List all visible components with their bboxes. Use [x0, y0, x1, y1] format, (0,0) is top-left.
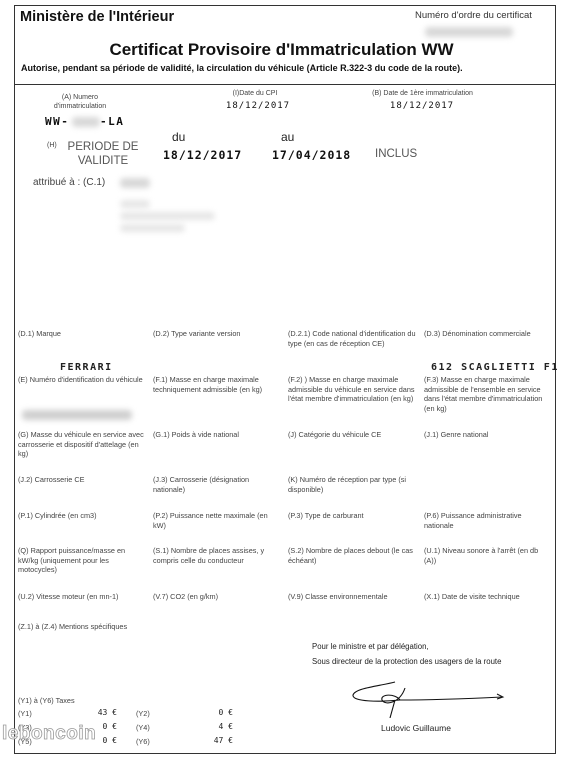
vin-redacted [22, 410, 132, 420]
field-p2-label: (P.2) Puissance nette maximale (en kW) [153, 511, 281, 530]
plate-label-line2: d'immatriculation [40, 102, 120, 111]
cpi-date-value: 18/12/2017 [208, 101, 308, 111]
validity-from-value: 18/12/2017 [163, 148, 242, 162]
commercial-name-value: 612 SCAGLIETTI F1 [431, 362, 559, 373]
field-s2-label: (S.2) Nombre de places debout (le cas éc… [288, 546, 423, 565]
holder-address-redacted-2 [120, 212, 215, 220]
holder-label: attribué à : (C.1) [33, 177, 105, 188]
field-j1-label: (J.1) Genre national [424, 430, 552, 440]
field-p3-label: (P.3) Type de carburant [288, 511, 423, 521]
field-s1-label: (S.1) Nombre de places assises, y compri… [153, 546, 281, 565]
field-v7-label: (V.7) CO2 (en g/km) [153, 592, 281, 602]
plate-label: (A) Numero d'immatriculation [40, 93, 120, 111]
taxes-title: (Y1) à (Y6) Taxes [18, 696, 75, 705]
document-title: Certificat Provisoire d'Immatriculation … [0, 40, 563, 60]
field-d1-label: (D.1) Marque [18, 329, 146, 339]
tax-y6-value: 47 € [193, 736, 233, 745]
validity-label-line1: PERIODE DE [63, 140, 143, 154]
first-registration-value: 18/12/2017 [372, 101, 472, 111]
field-j-label: (J) Catégorie du véhicule CE [288, 430, 423, 440]
holder-address-redacted-3 [120, 224, 185, 232]
field-u2-label: (U.2) Vitesse moteur (en mn-1) [18, 592, 146, 602]
validity-inclusive: INCLUS [375, 148, 417, 160]
field-d2-label: (D.2) Type variante version [153, 329, 281, 339]
field-g1-label: (G.1) Poids à vide national [153, 430, 281, 440]
field-u1-label: (U.1) Niveau sonore à l'arrêt (en db (A)… [424, 546, 552, 565]
tax-y1-label: (Y1) [18, 709, 32, 718]
field-x1-label: (X.1) Date de visite technique [424, 592, 552, 602]
signature-icon [350, 678, 510, 718]
field-k-label: (K) Numéro de réception par type (si dis… [288, 475, 423, 494]
validity-to-value: 17/04/2018 [272, 148, 351, 162]
plate-suffix: -LA [100, 115, 124, 128]
field-q-label: (Q) Rapport puissance/masse en kW/kg (un… [18, 546, 146, 575]
field-v9-label: (V.9) Classe environnementale [288, 592, 423, 602]
field-e-label: (E) Numéro d'identification du véhicule [18, 375, 146, 385]
validity-code: (H) [47, 142, 57, 149]
signatory-name: Ludovic Guillaume [381, 723, 451, 733]
validity-label-line2: VALIDITE [63, 154, 143, 168]
field-j2-label: (J.2) Carrosserie CE [18, 475, 146, 485]
field-j3-label: (J.3) Carrosserie (désignation nationale… [153, 475, 281, 494]
first-registration-label: (B) Date de 1ère immatriculation [355, 90, 490, 97]
field-f3-label: (F.3) Masse en charge maximale admissibl… [424, 375, 552, 413]
field-p6-label: (P.6) Puissance administrative nationale [424, 511, 552, 530]
order-number-redacted [425, 27, 513, 37]
field-g-label: (G) Masse du véhicule en service avec ca… [18, 430, 146, 459]
field-d3-label: (D.3) Dénomination commerciale [424, 329, 552, 339]
field-f2-label: (F.2) ) Masse en charge maximale admissi… [288, 375, 423, 404]
holder-address-redacted-1 [120, 200, 150, 208]
validity-label: PERIODE DE VALIDITE [63, 140, 143, 168]
tax-y4-label: (Y4) [136, 723, 150, 732]
plate-label-line1: (A) Numero [40, 93, 120, 102]
field-p1-label: (P.1) Cylindrée (en cm3) [18, 511, 146, 521]
holder-name-redacted [120, 178, 150, 188]
document-subtitle: Autorise, pendant sa période de validité… [21, 63, 463, 73]
signature-line2: Sous directeur de la protection des usag… [312, 657, 501, 666]
tax-y1-value: 43 € [77, 708, 117, 717]
tax-y4-value: 4 € [193, 722, 233, 731]
brand-value: FERRARI [60, 362, 113, 373]
validity-to-label: au [281, 130, 294, 144]
field-d21-label: (D.2.1) Code national d'identification d… [288, 329, 423, 348]
validity-from-label: du [172, 130, 185, 144]
plate-middle-redacted [72, 117, 100, 127]
header-divider [14, 84, 556, 85]
tax-y2-label: (Y2) [136, 709, 150, 718]
cpi-date-label: (I)Date du CPI [200, 90, 310, 97]
field-z-label: (Z.1) à (Z.4) Mentions spécifiques [18, 622, 168, 632]
tax-y2-value: 0 € [193, 708, 233, 717]
signature-line1: Pour le ministre et par délégation, [312, 642, 429, 651]
plate-prefix: WW- [45, 115, 69, 128]
order-number-label: Numéro d'ordre du certificat [415, 10, 532, 21]
ministry-name: Ministère de l'Intérieur [20, 9, 174, 25]
tax-y6-label: (Y6) [136, 737, 150, 746]
watermark-logo: leboncoin [2, 723, 96, 745]
field-f1-label: (F.1) Masse en charge maximale technique… [153, 375, 281, 394]
